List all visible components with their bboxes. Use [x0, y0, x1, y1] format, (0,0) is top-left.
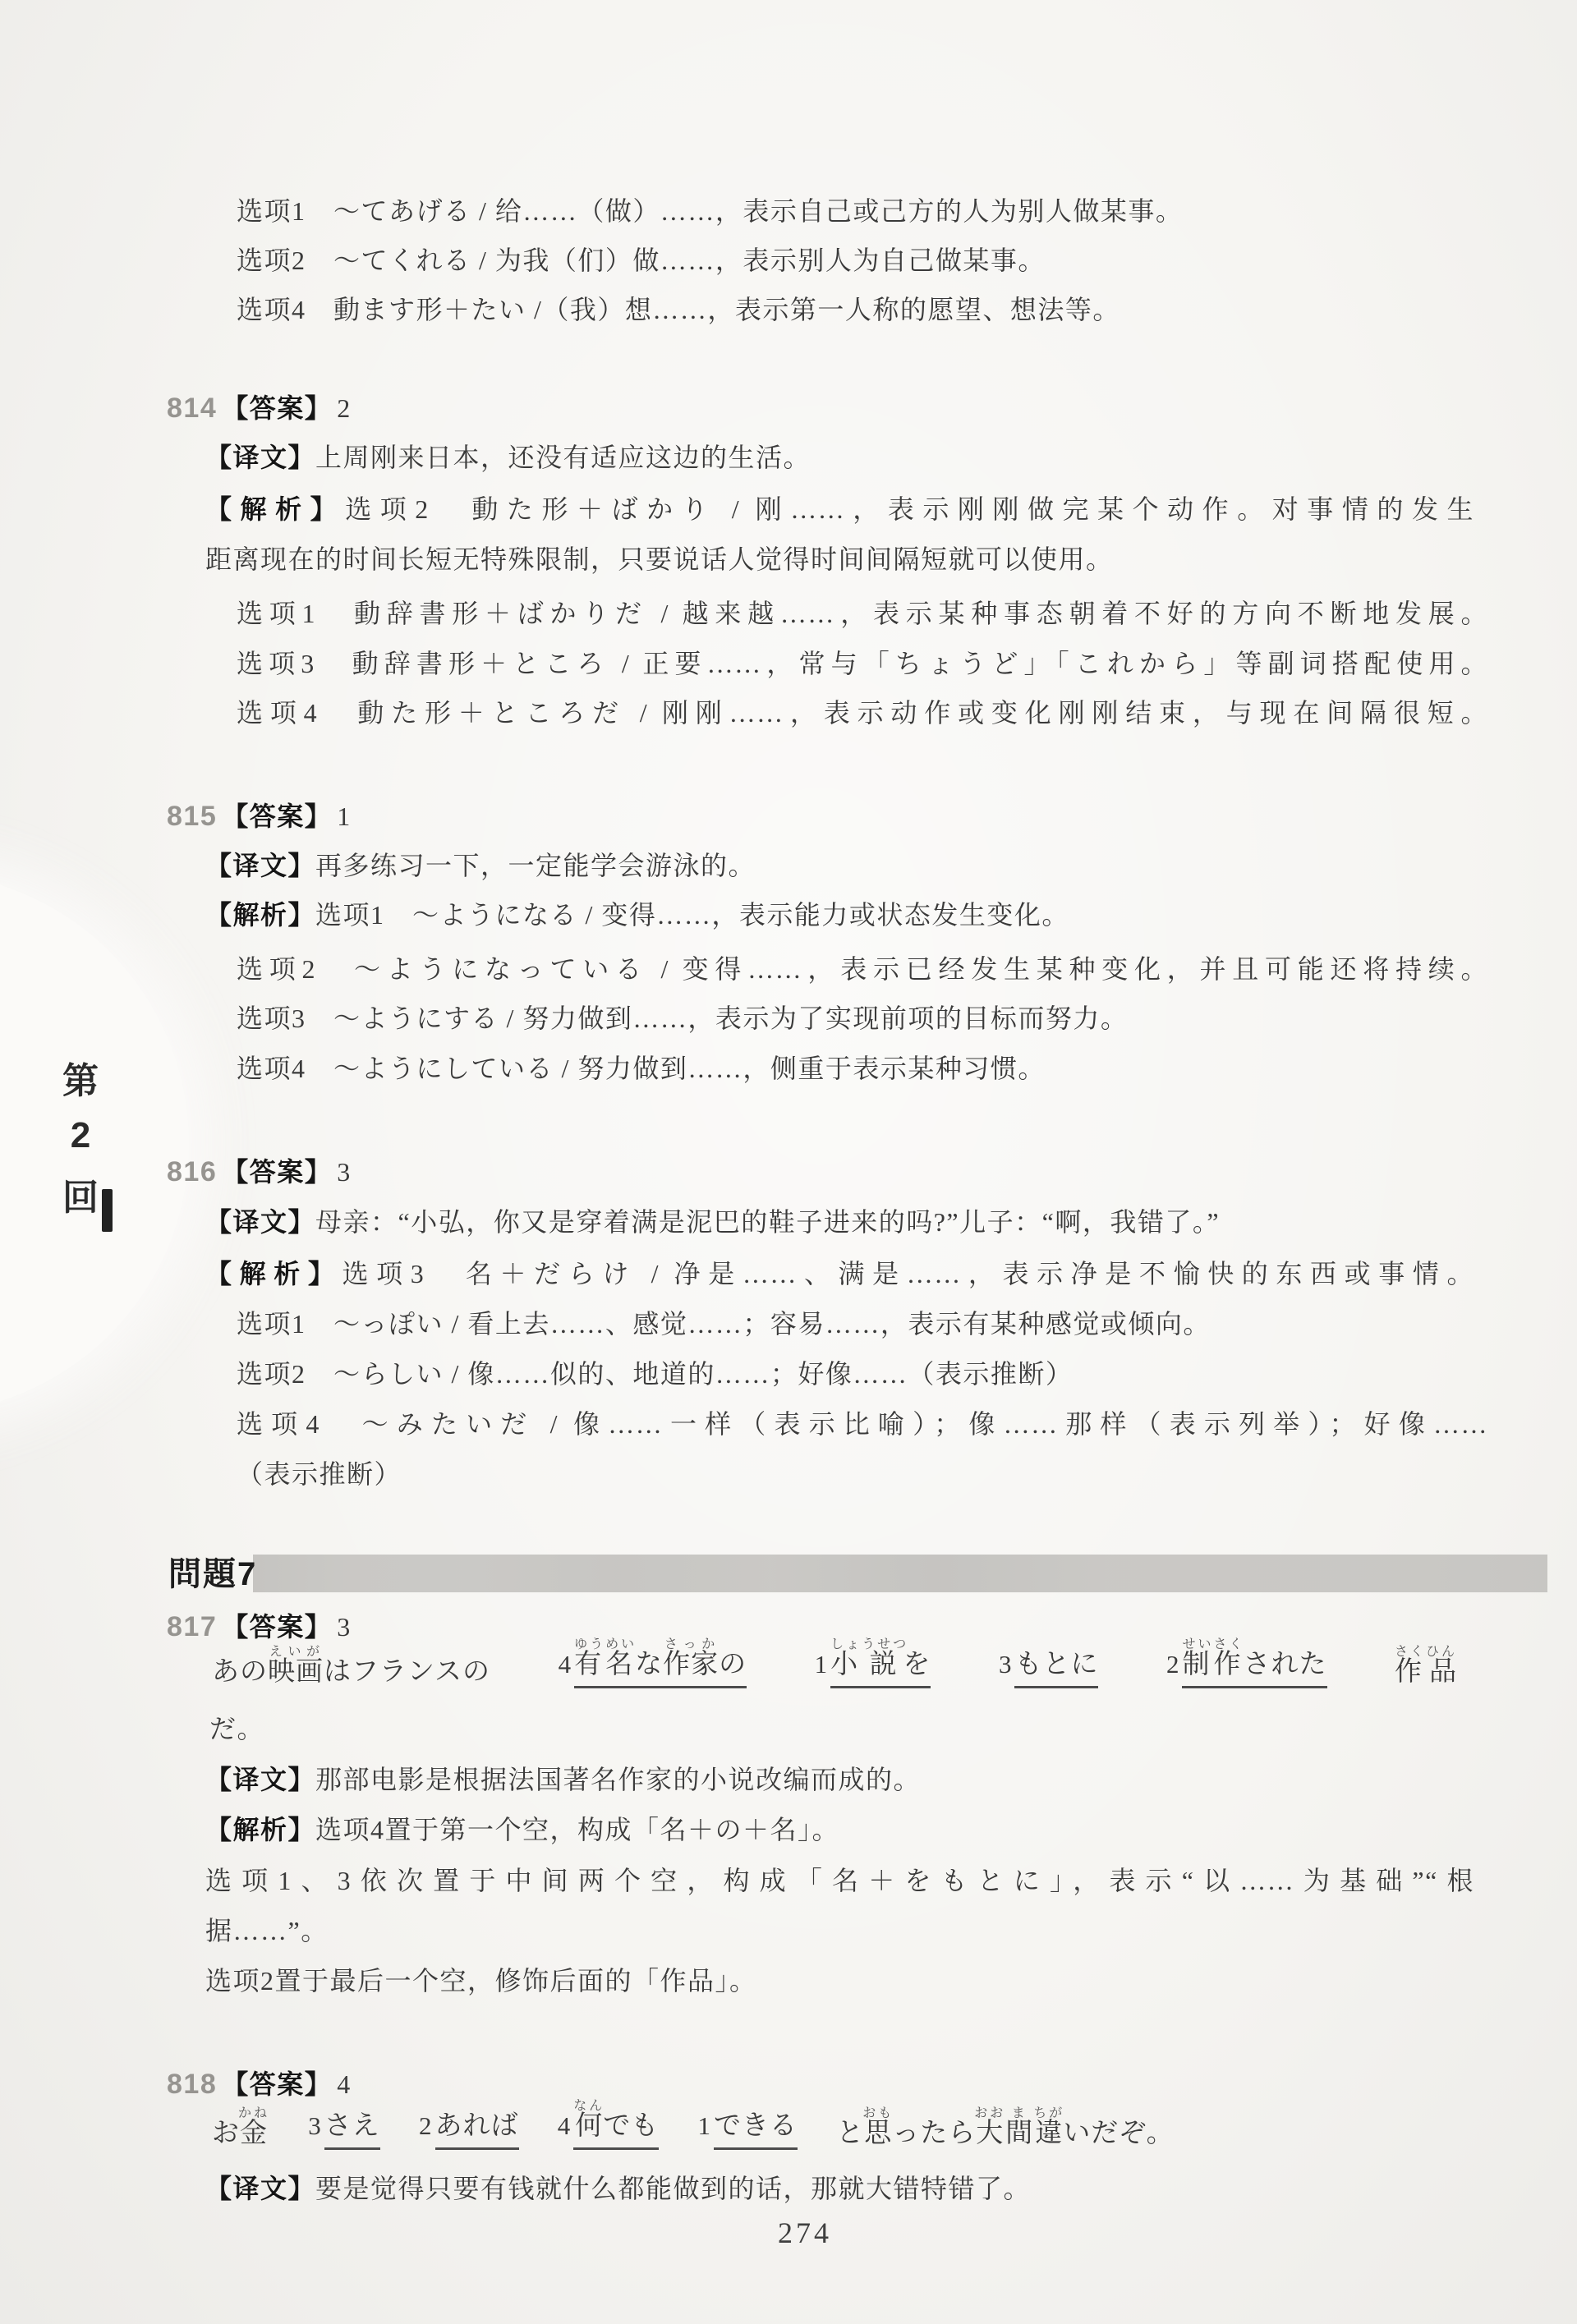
jumble-segment: お金かね: [212, 2106, 269, 2150]
analysis-label: 【解析】: [205, 900, 315, 930]
answer-value: 4: [337, 2069, 352, 2099]
question-number: 818: [167, 2069, 217, 2100]
answer-label: 【答案】: [222, 801, 332, 831]
answer-value: 2: [337, 393, 352, 423]
translation-text: 上周刚来日本，还没有适应这边的生活。: [315, 443, 811, 472]
round-tab-char: 2: [71, 1115, 90, 1156]
translation-line: 【译文】再多练习一下，一定能学会游泳的。: [205, 847, 756, 884]
option-line: 选项3 ～ようにする / 努力做到……，表示为了实现前项的目标而努力。: [237, 999, 1128, 1037]
jumble-segment-number: 4: [559, 1650, 572, 1679]
analysis-text: 选项1 ～ようになる / 变得……，表示能力或状态发生变化。: [315, 900, 1069, 930]
jumble-segment: 1できる: [698, 2104, 798, 2150]
jumble-sentence: お金かね 3さえ 2あれば 4何なんでも 1できる と思おもったら大おお間ま違ち…: [212, 2099, 1175, 2150]
analysis-text: 选项3 名＋だらけ / 净是……、满是……，表示净是不愉快的东西或事情。: [342, 1259, 1474, 1288]
option-line: 选项2 ～ようになっている / 变得……，表示已经发生某种变化，并且可能还将持续…: [237, 950, 1488, 988]
jumble-segment: 3もとに: [999, 1642, 1099, 1688]
analysis-label: 【解析】: [205, 1259, 342, 1288]
jumble-segment: 1小説しょうせつを: [815, 1637, 931, 1688]
analysis-line: 选项1、3依次置于中间两个空，构成「名＋をもとに」，表示“以……为基础”“根: [205, 1862, 1474, 1899]
question-number: 814: [167, 393, 217, 424]
jumble-segment-number: 1: [698, 2111, 712, 2140]
option-line: 选项2 ～らしい / 像……似的、地道的……；好像……（表示推断）: [237, 1355, 1073, 1393]
translation-line: 【译文】要是觉得只要有钱就什么都能做到的话，那就大错特错了。: [205, 2170, 1031, 2207]
translation-text: 要是觉得只要有钱就什么都能做到的话，那就大错特错了。: [315, 2174, 1031, 2203]
jumble-segment: 作品さくひん: [1395, 1645, 1457, 1688]
jumble-segment-number: 3: [308, 2111, 322, 2140]
question-number: 815: [167, 801, 217, 832]
section-header-title: 問題7: [168, 1555, 257, 1593]
answer-row: 816【答案】3: [167, 1153, 352, 1191]
option-line: 选项1 動辞書形＋ばかりだ / 越来越……，表示某种事态朝着不好的方向不断地发展…: [237, 595, 1488, 632]
translation-text: 再多练习一下，一定能学会游泳的。: [315, 851, 756, 880]
translation-label: 【译文】: [205, 851, 315, 880]
translation-label: 【译文】: [205, 443, 315, 472]
jumble-segment: 4何なんでも: [558, 2099, 660, 2150]
analysis-text: 选项4置于第一个空，构成「名＋の＋名」。: [315, 1815, 839, 1844]
translation-line: 【译文】母亲：“小弘，你又是穿着满是泥巴的鞋子进来的吗?”儿子：“啊，我错了。”: [205, 1203, 1220, 1241]
analysis-line: 选项2置于最后一个空，修饰后面的「作品」。: [205, 1962, 757, 2000]
answer-value: 1: [337, 801, 352, 831]
analysis-line: 【解析】选项2 動た形＋ばかり / 刚……，表示刚刚做完某个动作。对事情的发生: [205, 490, 1474, 528]
round-tab: 第 2 回: [57, 1051, 103, 1220]
answer-row: 818【答案】4: [167, 2065, 352, 2103]
jumble-sentence: あの映画えいがはフランスの 4有名ゆうめいな作家さっかの 1小説しょうせつを 3…: [212, 1637, 1457, 1688]
jumble-segment: あの映画えいがはフランスの: [212, 1645, 490, 1688]
analysis-line: 【解析】选项3 名＋だらけ / 净是……、满是……，表示净是不愉快的东西或事情。: [205, 1255, 1474, 1293]
jumble-sentence-tail: だ。: [209, 1710, 264, 1748]
question-number: 817: [167, 1611, 217, 1642]
jumble-segment: 4有名ゆうめいな作家さっかの: [559, 1637, 747, 1688]
jumble-segment-number: 1: [815, 1650, 829, 1679]
jumble-segment: と思おもったら大おお間ま違ちがいだぞ。: [836, 2106, 1174, 2150]
analysis-label: 【解析】: [205, 494, 345, 524]
answer-label: 【答案】: [222, 2069, 332, 2099]
option-line: 选项1 ～てあげる / 给……（做）……，表示自己或己方的人为别人做某事。: [237, 192, 1183, 230]
analysis-line: 【解析】选项4置于第一个空，构成「名＋の＋名」。: [205, 1811, 839, 1849]
jumble-segment: 2あれば: [419, 2104, 519, 2150]
translation-line: 【译文】那部电影是根据法国著名作家的小说改编而成的。: [205, 1761, 921, 1798]
option-line: 选项3 動辞書形＋ところ / 正要……，常与「ちょうど」「これから」等副词搭配使…: [237, 645, 1488, 682]
jumble-segment: 3さえ: [308, 2104, 380, 2150]
jumble-segment: 2制作せいさくされた: [1166, 1637, 1327, 1688]
answer-label: 【答案】: [222, 393, 332, 423]
answer-row: 814【答案】2: [167, 389, 352, 427]
option-line: 选项1 ～っぽい / 看上去……、感觉……；容易……，表示有某种感觉或倾向。: [237, 1305, 1211, 1343]
scanned-textbook-page: { "page": { "number": "274" }, "sidebar"…: [0, 0, 1577, 2324]
analysis-line: 距离现在的时间长短无特殊限制，只要说话人觉得时间间隔短就可以使用。: [205, 540, 1114, 578]
option-line: 选项4 動ます形＋たい /（我）想……，表示第一人称的愿望、想法等。: [237, 291, 1120, 328]
translation-line: 【译文】上周刚来日本，还没有适应这边的生活。: [205, 439, 811, 476]
translation-label: 【译文】: [205, 1207, 315, 1237]
analysis-line: 据……”。: [205, 1912, 329, 1950]
translation-label: 【译文】: [205, 1765, 315, 1794]
option-line: 选项4 ～ようにしている / 努力做到……，侧重于表示某种习惯。: [237, 1049, 1046, 1087]
section-header-band: [253, 1555, 1547, 1592]
option-continuation-line: （表示推断）: [237, 1455, 402, 1493]
answer-value: 3: [337, 1157, 352, 1187]
analysis-text: 选项2 動た形＋ばかり / 刚……，表示刚刚做完某个动作。对事情的发生: [345, 494, 1474, 524]
round-tab-char: 第: [62, 1051, 99, 1104]
answer-label: 【答案】: [222, 1157, 332, 1187]
jumble-segment-number: 2: [419, 2111, 433, 2140]
analysis-line: 【解析】选项1 ～ようになる / 变得……，表示能力或状态发生变化。: [205, 896, 1069, 934]
translation-label: 【译文】: [205, 2174, 315, 2203]
option-line: 选项4 ～みたいだ / 像……一样（表示比喻）；像……那样（表示列举）；好像……: [237, 1405, 1488, 1443]
page-number: 274: [723, 2216, 887, 2250]
translation-text: 那部电影是根据法国著名作家的小说改编而成的。: [315, 1765, 921, 1794]
jumble-segment-number: 2: [1166, 1650, 1180, 1679]
round-tab-char: 回: [62, 1168, 99, 1220]
option-line: 选项4 動た形＋ところだ / 刚刚……，表示动作或变化刚刚结束，与现在间隔很短。: [237, 694, 1488, 732]
jumble-segment-number: 3: [999, 1650, 1013, 1679]
answer-row: 815【答案】1: [167, 797, 352, 835]
translation-text: 母亲：“小弘，你又是穿着满是泥巴的鞋子进来的吗?”儿子：“啊，我错了。”: [315, 1207, 1220, 1237]
option-line: 选项2 ～てくれる / 为我（们）做……，表示别人为自己做某事。: [237, 241, 1046, 279]
question-number: 816: [167, 1156, 217, 1187]
analysis-label: 【解析】: [205, 1815, 315, 1844]
jumble-segment-number: 4: [558, 2111, 572, 2140]
